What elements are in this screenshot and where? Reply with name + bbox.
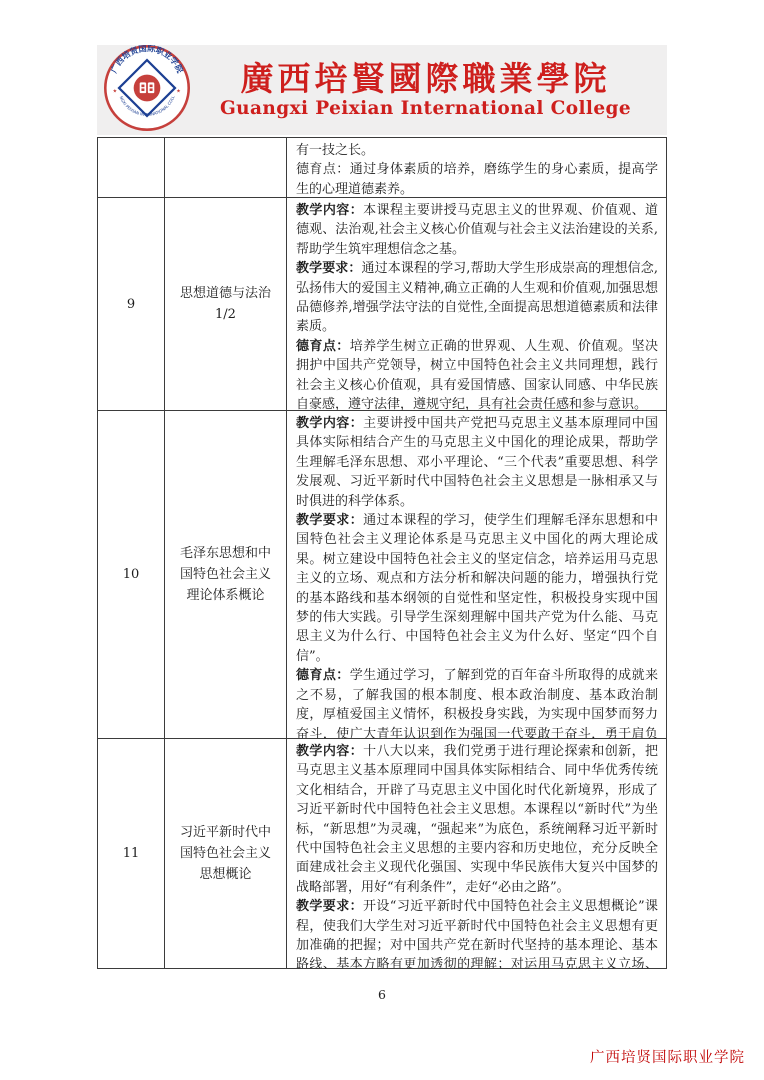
course-number-cell [98,138,165,197]
course-number-cell: 11 [98,739,165,968]
table-row-11: 11 习近平新时代中国特色社会主义思想概论 教学内容：十八大以来，我们党勇于进行… [98,738,666,968]
description-paragraph: 德育点：通过身体素质的培养，磨练学生的身心素质，提高学生的心理道德素养。 [296,160,658,197]
table-row-continuation: 有一技之长。 德育点：通过身体素质的培养，磨练学生的身心素质，提高学生的心理道德… [98,138,666,197]
course-number-cell: 10 [98,411,165,738]
college-header: 广西培贤国际职业学院 GUANGXI PEIXIAN INTERNATIONAL… [97,45,667,135]
seal-star-right: ★ [176,88,181,94]
paragraph-label: 德育点： [296,668,350,683]
course-number-cell: 9 [98,198,165,410]
course-description-cell: 教学内容：本课程主要讲授马克思主义的世界观、价值观、道德观、法治观,社会主义核心… [287,198,666,410]
course-name-cell: 毛泽东思想和中国特色社会主义理论体系概论 [165,411,287,738]
college-name-english: Guangxi Peixian International College [190,98,661,119]
paragraph-label: 德育点： [296,339,350,354]
seal-center-circle [134,75,161,102]
description-paragraph: 有一技之长。 [296,141,658,160]
description-paragraph: 教学内容：十八大以来，我们党勇于进行理论探索和创新，把马克思主义基本原理同中国具… [296,742,658,897]
college-name-chinese: 廣西培賢國際職業學院 [190,61,661,98]
paragraph-text: 学生通过学习，了解到党的百年奋斗所取得的成就来之不易，了解我国的根本制度、根本政… [296,668,658,738]
description-paragraph: 德育点：培养学生树立正确的世界观、人生观、价值观。坚决拥护中国共产党领导，树立中… [296,337,658,410]
table-row-10: 10 毛泽东思想和中国特色社会主义理论体系概论 教学内容：主要讲授中国共产党把马… [98,410,666,738]
paragraph-label: 教学要求： [296,261,362,276]
course-description-cell: 有一技之长。 德育点：通过身体素质的培养，磨练学生的身心素质，提高学生的心理道德… [287,138,666,197]
description-paragraph: 教学要求：通过本课程的学习，使学生们理解毛泽东思想和中国特色社会主义理论体系是马… [296,511,658,666]
course-description-cell: 教学内容：主要讲授中国共产党把马克思主义基本原理同中国具体实际相结合产生的马克思… [287,411,666,738]
description-paragraph: 德育点：学生通过学习，了解到党的百年奋斗所取得的成就来之不易，了解我国的根本制度… [296,666,658,738]
description-paragraph: 教学内容：主要讲授中国共产党把马克思主义基本原理同中国具体实际相结合产生的马克思… [296,414,658,511]
paragraph-label: 教学要求： [296,899,363,914]
paragraph-label: 教学内容： [296,416,363,431]
table-row-9: 9 思想道德与法治 1/2 教学内容：本课程主要讲授马克思主义的世界观、价值观、… [98,197,666,410]
course-name-cell: 习近平新时代中国特色社会主义思想概论 [165,739,287,968]
paragraph-label: 教学内容： [296,203,363,218]
course-description-cell: 教学内容：十八大以来，我们党勇于进行理论探索和创新，把马克思主义基本原理同中国具… [287,739,666,968]
paragraph-label: 教学要求： [296,513,363,528]
paragraph-label: 教学内容： [296,744,363,759]
paragraph-text: 培养学生树立正确的世界观、人生观、价值观。坚决拥护中国共产党领导，树立中国特色社… [296,339,658,410]
college-seal-icon: 广西培贤国际职业学院 GUANGXI PEIXIAN INTERNATIONAL… [104,45,190,131]
college-seal-logo: 广西培贤国际职业学院 GUANGXI PEIXIAN INTERNATIONAL… [104,45,190,135]
course-name-cell: 思想道德与法治 1/2 [165,198,287,410]
page-number: 6 [0,987,764,1002]
paragraph-text: 通过本课程的学习，使学生们理解毛泽东思想和中国特色社会主义理论体系是马克思主义中… [296,513,658,664]
description-paragraph: 教学内容：本课程主要讲授马克思主义的世界观、价值观、道德观、法治观,社会主义核心… [296,201,658,259]
course-name-cell [165,138,287,197]
college-titles: 廣西培賢國際職業學院 Guangxi Peixian International… [190,61,667,120]
course-table: 有一技之长。 德育点：通过身体素质的培养，磨练学生的身心素质，提高学生的心理道德… [97,137,667,969]
document-page: 广西培贤国际职业学院 GUANGXI PEIXIAN INTERNATIONAL… [97,45,667,969]
seal-star-left: ★ [113,88,118,94]
description-paragraph: 教学要求：开设“习近平新时代中国特色社会主义思想概论”课程，使我们大学生对习近平… [296,897,658,968]
footer-school-name: 广西培贤国际职业学院 [590,1046,745,1067]
description-paragraph: 教学要求：通过本课程的学习,帮助大学生形成崇高的理想信念,弘扬伟大的爱国主义精神… [296,259,658,337]
paragraph-text: 十八大以来，我们党勇于进行理论探索和创新，把马克思主义基本原理同中国具体实际相结… [296,744,658,895]
